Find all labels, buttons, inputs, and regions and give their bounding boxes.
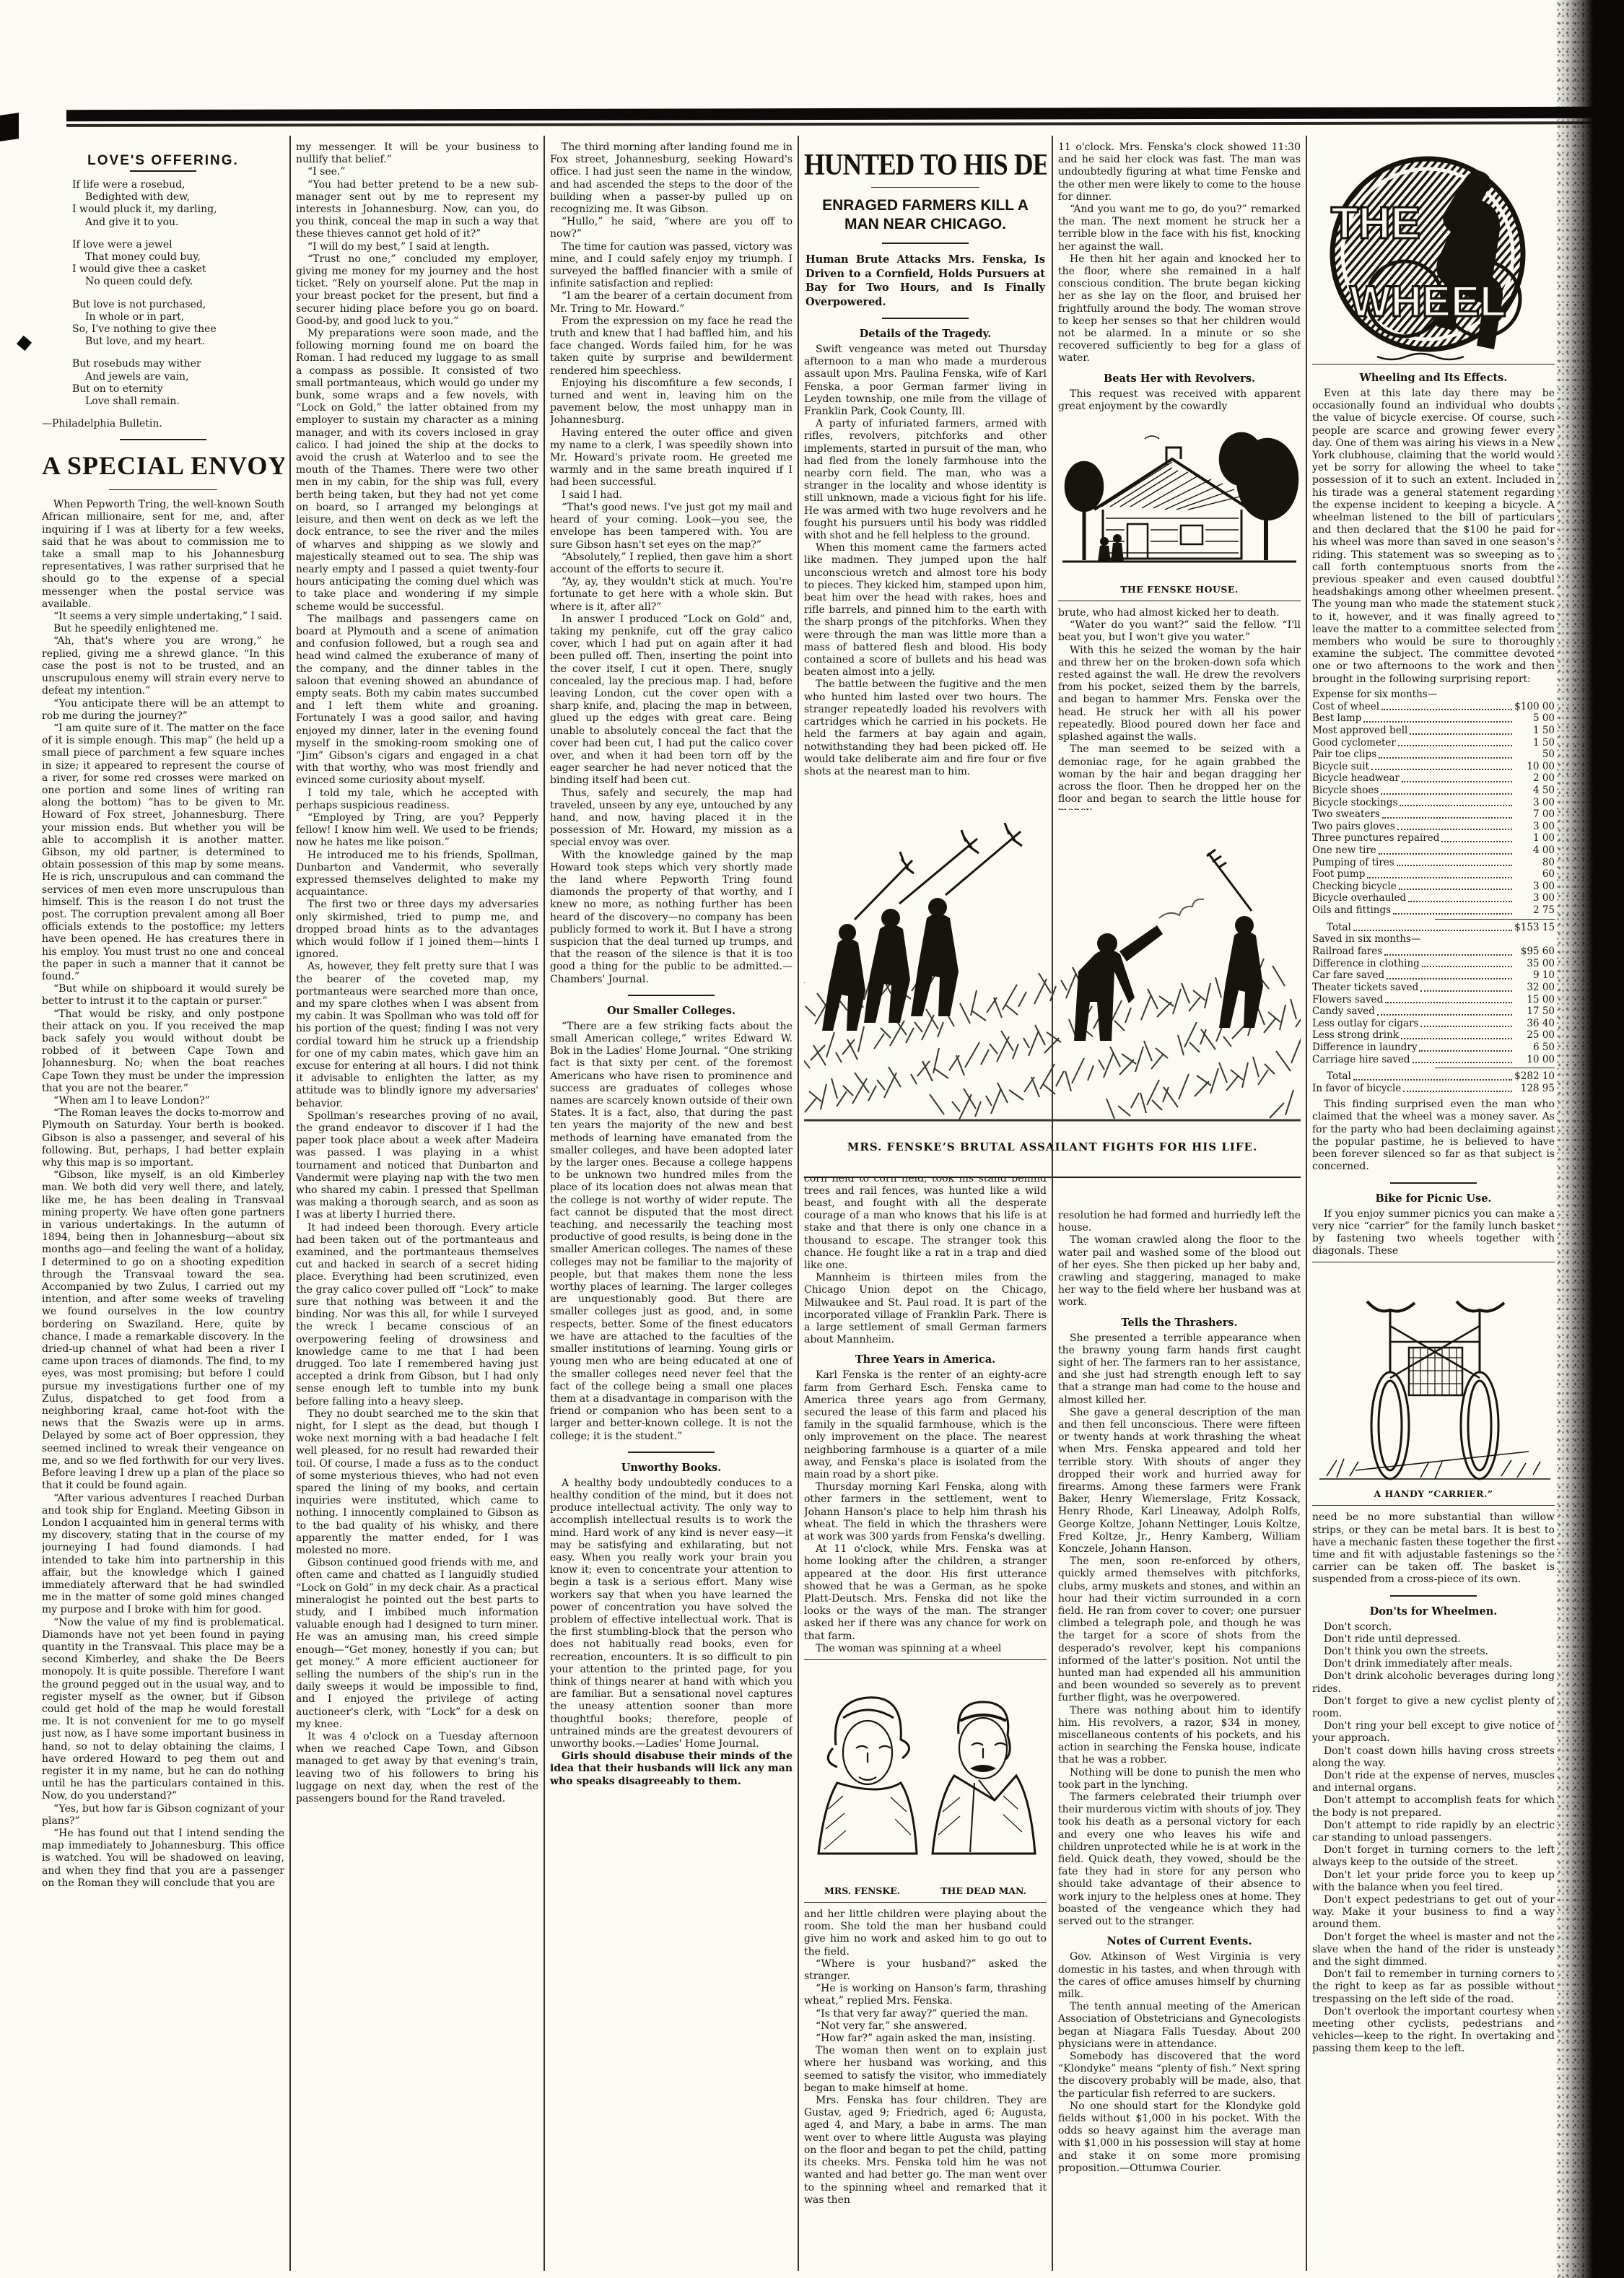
dot-leader — [1353, 1079, 1512, 1081]
body-paragraph: “I see.” — [296, 166, 538, 178]
body-paragraph: The battle between the fugitive and the … — [804, 678, 1047, 778]
poem-stanza: If life were a rosebud,Bedighted with de… — [72, 179, 284, 229]
body-paragraph: “He has found out that I intend sending … — [42, 1828, 284, 1890]
ledger-label: Two sweaters — [1312, 808, 1380, 821]
ledger-amount: 4 50 — [1514, 785, 1555, 797]
ledger-amount: 5 00 — [1514, 712, 1555, 725]
divider-rule — [120, 439, 206, 440]
bike-carrier-illustration: A HANDY “CARRIER.” — [1312, 1262, 1555, 1506]
body-paragraph: Don't fail to remember in turning corner… — [1312, 1968, 1555, 2006]
dot-leader — [1379, 757, 1512, 759]
ledger-label: In favor of bicycle — [1312, 1083, 1401, 1095]
body-paragraph: A healthy body undoubtedly conduces to a… — [550, 1478, 793, 1750]
bike-carrier-art — [1312, 1270, 1555, 1486]
ledger-amount: 128 95 — [1514, 1083, 1555, 1095]
ledger-row: Less outlay for cigars36 40 — [1312, 1018, 1555, 1030]
column-2: my messenger. It will be your business t… — [296, 141, 538, 2271]
body-paragraph: He then hit her again and knocked her to… — [1058, 253, 1301, 365]
ledger-amount: 10 00 — [1514, 761, 1555, 773]
body-paragraph: Don't forget in turning corners to the l… — [1312, 1844, 1555, 1869]
body-paragraph: need be no more substantial than willow … — [1312, 1511, 1555, 1586]
body-paragraph: Don't expect pedestrians to get out of y… — [1312, 1894, 1555, 1932]
dot-leader — [1384, 954, 1512, 956]
ledger-amount: 9 10 — [1514, 969, 1555, 982]
ledger-label: Best lamp — [1312, 712, 1361, 725]
body-paragraph: Don't forget to give a new cyclist plent… — [1312, 1696, 1555, 1720]
body-paragraph: Somebody has discovered that the word “K… — [1058, 2051, 1301, 2100]
body-paragraph: Don't think you own the streets. — [1312, 1646, 1555, 1658]
poem-line: And give it to you. — [72, 217, 284, 229]
ledger-label: Bicycle stockings — [1312, 797, 1397, 809]
body-paragraph: Don't ring your bell except to give noti… — [1312, 1720, 1555, 1745]
dot-leader — [1403, 1091, 1512, 1092]
body-paragraph: Nothing will be done to punish the men w… — [1058, 1767, 1301, 1792]
dot-leader — [1410, 733, 1512, 735]
column-3: The third morning after landing found me… — [550, 141, 793, 2271]
body-paragraph: Mannheim is thirteen miles from the Chic… — [804, 1272, 1047, 1346]
body-paragraph: “After various adventures I reached Durb… — [42, 1493, 284, 1617]
body-paragraph: “There are a few striking facts about th… — [550, 1021, 793, 1443]
ledger-label: Total — [1312, 1070, 1351, 1083]
ink-spot — [17, 336, 32, 351]
ledger-row: Total$153 15 — [1312, 922, 1555, 934]
ledger-amount: $282 10 — [1514, 1070, 1555, 1083]
ledger-amount: 15 00 — [1514, 994, 1555, 1006]
ledger-label: Bicycle headwear — [1312, 772, 1400, 785]
column-rule — [289, 136, 291, 2271]
body-paragraph: He introduced me to his friends, Spollma… — [296, 850, 538, 899]
ledger-label: Carriage hire saved — [1312, 1054, 1410, 1066]
body-paragraph: “You had better pretend to be a new sub-… — [296, 179, 538, 241]
body-paragraph: Don't drink immediately after meals. — [1312, 1658, 1555, 1670]
body-paragraph: “How far?” again asked the man, insistin… — [804, 2033, 1047, 2045]
body-paragraph: resolution he had formed and hurriedly l… — [1058, 1210, 1301, 1234]
body-paragraph: Don't attempt to ride rapidly by an elec… — [1312, 1820, 1555, 1844]
ledger-row: Foot pump60 — [1312, 868, 1555, 881]
ledger-label: Good cyclometer — [1312, 737, 1396, 749]
ledger-label: Two pairs gloves — [1312, 821, 1395, 833]
poem-stanza: But rosebuds may witherAnd jewels are va… — [72, 358, 284, 408]
dot-leader — [1398, 745, 1512, 746]
portraits-art — [804, 1667, 1047, 1884]
dot-leader — [1393, 913, 1512, 915]
column-6: THE WHEEL Wheeling and Its Effects.Even … — [1312, 141, 1555, 2271]
body-paragraph: Gov. Atkinson of West Virginia is very d… — [1058, 1951, 1301, 2001]
ledger-row: Bicycle suit10 00 — [1312, 761, 1555, 773]
ledger-row: Carriage hire saved10 00 — [1312, 1054, 1555, 1066]
ledger-amount: 4 00 — [1514, 845, 1555, 857]
ledger-amount: 60 — [1514, 868, 1555, 881]
poem-line: If life were a rosebud, — [72, 179, 284, 191]
poem-line: And jewels are vain, — [72, 371, 284, 383]
article-subheadline: ENRAGED FARMERS KILL A MAN NEAR CHICAGO. — [808, 196, 1042, 234]
ledger-row: Bicycle shoes4 50 — [1312, 785, 1555, 797]
section-subhead: Unworthy Books. — [550, 1462, 793, 1474]
ledger-section-heading: Expense for six months— — [1312, 689, 1555, 701]
column-1: LOVE'S OFFERING.If life were a rosebud,B… — [42, 141, 284, 2271]
section-subhead: Notes of Current Events. — [1058, 1935, 1301, 1947]
fenske-house-illustration: THE FENSKE HOUSE. — [1058, 417, 1301, 601]
body-paragraph: my messenger. It will be your business t… — [296, 141, 538, 166]
ledger-amount: 32 00 — [1514, 982, 1555, 994]
body-paragraph: “I will do my best,” I said at length. — [296, 241, 538, 253]
ledger-label: Bicycle suit — [1312, 761, 1369, 773]
body-paragraph: But he speedily enlightened me. — [42, 623, 284, 635]
ledger-row: Pumping of tires80 — [1312, 857, 1555, 869]
ledger-label: Cost of wheel — [1312, 701, 1379, 713]
body-paragraph: “The Roman leaves the docks to-morrow an… — [42, 1107, 284, 1169]
poem-line: In whole or in part, — [72, 311, 284, 323]
poem: If life were a rosebud,Bedighted with de… — [42, 179, 284, 408]
expense-ledger: Expense for six months—Cost of wheel$100… — [1312, 689, 1555, 1094]
body-paragraph: She gave a general description of the ma… — [1058, 1407, 1301, 1555]
illustration-caption: THE FENSKE HOUSE. — [1058, 584, 1301, 595]
ledger-label: Flowers saved — [1312, 994, 1383, 1006]
ledger-row: Bicycle stockings3 00 — [1312, 797, 1555, 809]
ledger-label: Candy saved — [1312, 1005, 1375, 1018]
body-paragraph: “Water do you want?” said the fellow. “I… — [1058, 619, 1301, 644]
divider-rule — [628, 995, 715, 996]
column-rule — [543, 136, 545, 2271]
ledger-label: Bicycle shoes — [1312, 785, 1379, 797]
ledger-label: Checking bicycle — [1312, 881, 1397, 893]
ledger-row: Difference in laundry6 50 — [1312, 1042, 1555, 1054]
divider-rule — [628, 1452, 715, 1453]
section-subhead: Wheeling and Its Effects. — [1312, 372, 1555, 384]
ledger-amount: 1 50 — [1514, 725, 1555, 737]
ledger-amount: 3 00 — [1514, 821, 1555, 833]
dot-leader — [1397, 865, 1512, 866]
body-paragraph: In answer I produced “Lock on Gold” and,… — [550, 614, 793, 787]
body-paragraph: “But while on shipboard it would surely … — [42, 983, 284, 1008]
body-paragraph: “Employed by Tring, are you? Pepperly fe… — [296, 812, 538, 850]
body-paragraph: “Absolutely,” I replied, then gave him a… — [550, 551, 793, 576]
poem-line: Love shall remain. — [72, 396, 284, 408]
ledger-label: Pumping of tires — [1312, 857, 1394, 869]
body-paragraph: Karl Fenska is the renter of an eighty-a… — [804, 1369, 1047, 1481]
body-paragraph: It had indeed been thorough. Every artic… — [296, 1222, 538, 1408]
body-paragraph: The tenth annual meeting of the American… — [1058, 2001, 1301, 2051]
ledger-row: Less strong drink25 00 — [1312, 1029, 1555, 1042]
poem-line: So, I've nothing to give thee — [72, 323, 284, 336]
body-paragraph: Thus, safely and securely, the map had t… — [550, 787, 793, 850]
dot-leader — [1363, 721, 1512, 723]
section-subhead: Our Smaller Colleges. — [550, 1005, 793, 1017]
dot-leader — [1371, 769, 1512, 770]
ledger-row: Checking bicycle3 00 — [1312, 881, 1555, 893]
ledger-amount: 6 50 — [1514, 1042, 1555, 1054]
body-paragraph: Having entered the outer office and give… — [550, 427, 793, 489]
body-paragraph: The third morning after landing found me… — [550, 141, 793, 216]
ledger-amount: 1 50 — [1514, 737, 1555, 749]
ledger-label: Difference in laundry — [1312, 1042, 1417, 1054]
divider-rule — [1390, 1595, 1477, 1597]
body-paragraph: Enjoying his discomfiture a few seconds,… — [550, 378, 793, 427]
ledger-label: Oils and fittings — [1312, 904, 1391, 917]
column-rule — [1306, 136, 1307, 2271]
body-paragraph: My preparations were soon made, and the … — [296, 328, 538, 614]
ledger-row: Most approved bell1 50 — [1312, 725, 1555, 737]
poem-stanza: If love were a jewelThat money could buy… — [72, 239, 284, 289]
dot-leader — [1397, 829, 1512, 830]
body-paragraph: “Ay, ay, they wouldn't stick at much. Yo… — [550, 576, 793, 614]
body-paragraph: Girls should disabuse their minds of the… — [550, 1750, 793, 1788]
body-paragraph: Don't scorch. — [1312, 1621, 1555, 1633]
scan-edge-artifact — [1555, 0, 1624, 2278]
body-paragraph: “That would be risky, and only postpone … — [42, 1008, 284, 1095]
body-paragraph: They no doubt searched me to the skin th… — [296, 1408, 538, 1557]
ledger-row: Three punctures repaired1 00 — [1312, 832, 1555, 845]
body-paragraph: Don't drink alcoholic beverages during l… — [1312, 1670, 1555, 1695]
ledger-label: Difference in clothing — [1312, 958, 1420, 970]
ledger-amount: 1 00 — [1514, 832, 1555, 845]
body-paragraph: “Not very far,” she answered. — [804, 2020, 1047, 2033]
ledger-row: Flowers saved15 00 — [1312, 994, 1555, 1006]
body-paragraph: Gibson continued good friends with me, a… — [296, 1557, 538, 1731]
body-paragraph: The men, soon re-enforced by others, qui… — [1058, 1555, 1301, 1704]
ledger-row: Cost of wheel$100 00 — [1312, 701, 1555, 713]
column-rule — [798, 136, 799, 2271]
wheel-logo-illustration: THE WHEEL — [1312, 146, 1555, 365]
ledger-row: Two sweaters7 00 — [1312, 808, 1555, 821]
ledger-row: Two pairs gloves3 00 — [1312, 821, 1555, 833]
dot-leader — [1400, 805, 1512, 806]
ledger-label: Bicycle overhauled — [1312, 892, 1406, 904]
dot-leader — [1379, 853, 1512, 855]
body-paragraph: Spollman's researches proving of no avai… — [296, 1110, 538, 1222]
body-paragraph: “Trust no one,” concluded my employer, g… — [296, 253, 538, 328]
ledger-row: In favor of bicycle128 95 — [1312, 1083, 1555, 1095]
ledger-row: Bicycle headwear2 00 — [1312, 772, 1555, 785]
article-deck: Human Brute Attacks Mrs. Fenska, Is Driv… — [806, 253, 1045, 309]
body-paragraph: The man seemed to be seized with a demon… — [1058, 743, 1301, 818]
column-4: HUNTED TO HIS DEATHENRAGED FARMERS KILL … — [804, 141, 1047, 2271]
divider-rule — [871, 187, 979, 188]
body-paragraph: As, however, they felt pretty sure that … — [296, 961, 538, 1109]
body-paragraph: The woman was spinning at a wheel — [804, 1643, 1047, 1655]
poem-stanza: But love is not purchased,In whole or in… — [72, 299, 284, 349]
dot-leader — [1381, 793, 1512, 795]
illustration-captions: MRS. FENSKE.THE DEAD MAN. — [804, 1885, 1047, 1896]
ledger-amount: 2 00 — [1514, 772, 1555, 785]
ledger-total-rule — [1435, 1068, 1555, 1068]
body-paragraph: “And you want me to go, do you?” remarke… — [1058, 204, 1301, 253]
dot-leader — [1353, 930, 1512, 931]
fenske-house-art — [1058, 417, 1301, 582]
body-paragraph: “Ah, that's where you are wrong,” he rep… — [42, 635, 284, 697]
body-paragraph: Don't coast down hills having cross stre… — [1312, 1745, 1555, 1770]
divider-rule — [882, 318, 969, 319]
ledger-row: Candy saved17 50 — [1312, 1005, 1555, 1018]
ledger-amount: 17 50 — [1514, 1005, 1555, 1018]
ledger-amount: 25 00 — [1514, 1029, 1555, 1042]
body-paragraph: At 11 o'clock, while Mrs. Fenska was at … — [804, 1543, 1047, 1643]
title-rule — [130, 170, 196, 172]
column-rule — [1052, 136, 1053, 2271]
body-paragraph: “Hullo,” he said, “where are you off to … — [550, 216, 793, 240]
body-paragraph: When Pepworth Tring, the well-known Sout… — [42, 499, 284, 611]
poem-line: I would pluck it, my darling, — [72, 204, 284, 216]
body-paragraph: 11 o'clock. Mrs. Fenska's clock showed 1… — [1058, 141, 1301, 204]
body-paragraph: “When am I to leave London?” — [42, 1095, 284, 1107]
body-paragraph: This request was received with apparent … — [1058, 388, 1301, 413]
masthead-rule — [66, 107, 1624, 122]
body-paragraph: There was nothing about him to identify … — [1058, 1705, 1301, 1767]
ledger-amount: 10 00 — [1514, 1054, 1555, 1066]
ledger-row: Best lamp5 00 — [1312, 712, 1555, 725]
body-paragraph: It was 4 o'clock on a Tuesday afternoon … — [296, 1731, 538, 1805]
divider-rule — [882, 243, 969, 244]
divider-rule — [109, 489, 217, 490]
body-paragraph: “It seems a very simple undertaking,” I … — [42, 611, 284, 623]
body-paragraph: The time for caution was passed, victory… — [550, 241, 793, 291]
ledger-amount: 80 — [1514, 857, 1555, 869]
ledger-row: Car fare saved9 10 — [1312, 969, 1555, 982]
poem-line: But rosebuds may wither — [72, 358, 284, 370]
ledger-row: One new tire4 00 — [1312, 845, 1555, 857]
body-paragraph: Don't let your pride force you to keep u… — [1312, 1869, 1555, 1894]
poem-line: But love is not purchased, — [72, 299, 284, 311]
dot-leader — [1385, 1002, 1512, 1003]
portraits-illustration: MRS. FENSKE.THE DEAD MAN. — [804, 1659, 1047, 1903]
dot-leader — [1422, 966, 1512, 967]
svg-text:WHEEL: WHEEL — [1350, 277, 1506, 326]
ledger-amount: 3 00 — [1514, 892, 1555, 904]
dot-leader — [1420, 1026, 1512, 1027]
body-paragraph: “I am the bearer of a certain document f… — [550, 290, 793, 315]
body-paragraph: This finding surprised even the man who … — [1312, 1099, 1555, 1173]
body-paragraph: The first two or three days my adversari… — [296, 899, 538, 961]
body-paragraph: Don't attempt to accomplish feats for wh… — [1312, 1794, 1555, 1819]
section-subhead: Three Years in America. — [804, 1353, 1047, 1366]
ledger-row: Oils and fittings2 75 — [1312, 904, 1555, 917]
section-subhead: Bike for Picnic Use. — [1312, 1192, 1555, 1205]
poem-line: But on to eternity — [72, 383, 284, 396]
column-5: 11 o'clock. Mrs. Fenska's clock showed 1… — [1058, 141, 1301, 2271]
body-paragraph: Even at this late day there may be occas… — [1312, 388, 1555, 686]
dot-leader — [1367, 877, 1512, 878]
section-subhead: Tells the Thrashers. — [1058, 1317, 1301, 1329]
ledger-label: Less strong drink — [1312, 1029, 1399, 1042]
poem-line: No queen could defy. — [72, 276, 284, 288]
body-paragraph: I said I had. — [550, 489, 793, 502]
body-paragraph: A party of infuriated farmers, armed wit… — [804, 418, 1047, 542]
ledger-row: Total$282 10 — [1312, 1070, 1555, 1083]
ledger-label: Three punctures repaired — [1312, 832, 1439, 845]
ledger-amount: 2 75 — [1514, 904, 1555, 917]
body-paragraph: When this moment came the farmers acted … — [804, 542, 1047, 678]
poem-attribution: —Philadelphia Bulletin. — [42, 418, 284, 430]
dot-leader — [1441, 841, 1512, 842]
section-subhead: Don'ts for Wheelmen. — [1312, 1605, 1555, 1618]
ledger-amount: $100 00 — [1514, 701, 1555, 713]
body-paragraph: and her little children were playing abo… — [804, 1908, 1047, 1958]
ledger-label: Pair toe clips — [1312, 749, 1376, 761]
dot-leader — [1381, 709, 1512, 710]
ledger-amount: 35 00 — [1514, 958, 1555, 970]
poem-line: I would give thee a casket — [72, 263, 284, 276]
ledger-label: Foot pump — [1312, 868, 1365, 881]
body-paragraph: If you enjoy summer picnics you can make… — [1312, 1208, 1555, 1258]
dot-leader — [1420, 990, 1512, 992]
section-subhead: Beats Her with Revolvers. — [1058, 372, 1301, 385]
ledger-row: Bicycle overhauled3 00 — [1312, 892, 1555, 904]
ink-blob — [0, 113, 19, 141]
dot-leader — [1387, 978, 1512, 979]
dot-leader — [1377, 1014, 1512, 1016]
ledger-amount: 3 00 — [1514, 797, 1555, 809]
ledger-label: Most approved bell — [1312, 725, 1407, 737]
svg-text:THE: THE — [1331, 198, 1420, 248]
body-paragraph: “Where is your husband?” asked the stran… — [804, 1958, 1047, 1983]
ledger-amount: $153 15 — [1514, 922, 1555, 934]
wheel-logo-art: THE WHEEL — [1312, 146, 1555, 362]
ledger-label: Less outlay for cigars — [1312, 1018, 1418, 1030]
body-paragraph: “That's good news. I've just got my mail… — [550, 502, 793, 551]
body-paragraph: “Now the value of my find is problematic… — [42, 1617, 284, 1803]
poem-line: That money could buy, — [72, 251, 284, 263]
ledger-label: Railroad fares — [1312, 946, 1382, 958]
body-paragraph: brute, who had almost kicked her to deat… — [1058, 607, 1301, 619]
body-paragraph: With the knowledge gained by the map How… — [550, 850, 793, 986]
body-paragraph: With this he seized the woman by the hai… — [1058, 645, 1301, 744]
ledger-amount: 36 40 — [1514, 1018, 1555, 1030]
ledger-label: Total — [1312, 922, 1351, 934]
poem-line: If love were a jewel — [72, 239, 284, 251]
body-paragraph: “I am quite sure of it. The matter on th… — [42, 723, 284, 983]
ledger-label: Theater tickets saved — [1312, 982, 1418, 994]
ledger-amount: 3 00 — [1514, 881, 1555, 893]
body-paragraph: Swift vengeance was meted out Thursday a… — [804, 344, 1047, 418]
body-paragraph: The woman crawled along the floor to the… — [1058, 1234, 1301, 1309]
body-paragraph: Mrs. Fenska has four children. They are … — [804, 2095, 1047, 2207]
body-paragraph: The farmers celebrated their triumph ove… — [1058, 1792, 1301, 1928]
body-paragraph: Don't ride until depressed. — [1312, 1633, 1555, 1646]
body-paragraph: “You anticipate there will be an attempt… — [42, 698, 284, 723]
body-paragraph: Don't overlook the important courtesy wh… — [1312, 2006, 1555, 2056]
article-banner-headline: HUNTED TO HIS DEATH — [804, 147, 1047, 183]
ledger-amount: 7 00 — [1514, 808, 1555, 821]
poem-line: But love, and my heart. — [72, 336, 284, 348]
body-paragraph: No one should start for the Klondyke gol… — [1058, 2100, 1301, 2175]
body-paragraph: “He is working on Hanson's farm, thrashi… — [804, 1983, 1047, 2007]
ledger-label: Car fare saved — [1312, 969, 1384, 982]
illustration-caption: A HANDY “CARRIER.” — [1312, 1488, 1555, 1499]
dot-leader — [1419, 1050, 1512, 1052]
ledger-amount: $95 60 — [1514, 946, 1555, 958]
divider-rule — [1390, 1182, 1477, 1184]
section-subhead: Details of the Tragedy. — [804, 328, 1047, 340]
body-paragraph: Don't ride at the expense of nerves, mus… — [1312, 1770, 1555, 1794]
dot-leader — [1382, 817, 1512, 819]
body-paragraph: The mailbags and passengers came on boar… — [296, 614, 538, 787]
article-title: LOVE'S OFFERING. — [42, 153, 284, 169]
ledger-amount: 50 — [1514, 749, 1555, 761]
body-paragraph: From the expression on my face he read t… — [550, 315, 793, 378]
poem-line: Bedighted with dew, — [72, 191, 284, 204]
body-paragraph: She presented a terrible appearance when… — [1058, 1332, 1301, 1407]
body-paragraph: Thursday morning Karl Fenska, along with… — [804, 1481, 1047, 1543]
dot-leader — [1399, 889, 1512, 890]
ledger-row: Railroad fares$95 60 — [1312, 946, 1555, 958]
body-paragraph: “Yes, but how far is Gibson cognizant of… — [42, 1803, 284, 1828]
dot-leader — [1408, 901, 1512, 902]
ledger-row: Good cyclometer1 50 — [1312, 737, 1555, 749]
dot-leader — [1401, 1038, 1512, 1039]
ledger-section-heading: Saved in six months— — [1312, 933, 1555, 946]
illustration-caption: THE DEAD MAN. — [940, 1885, 1026, 1896]
body-paragraph: The woman then went on to explain just w… — [804, 2045, 1047, 2095]
